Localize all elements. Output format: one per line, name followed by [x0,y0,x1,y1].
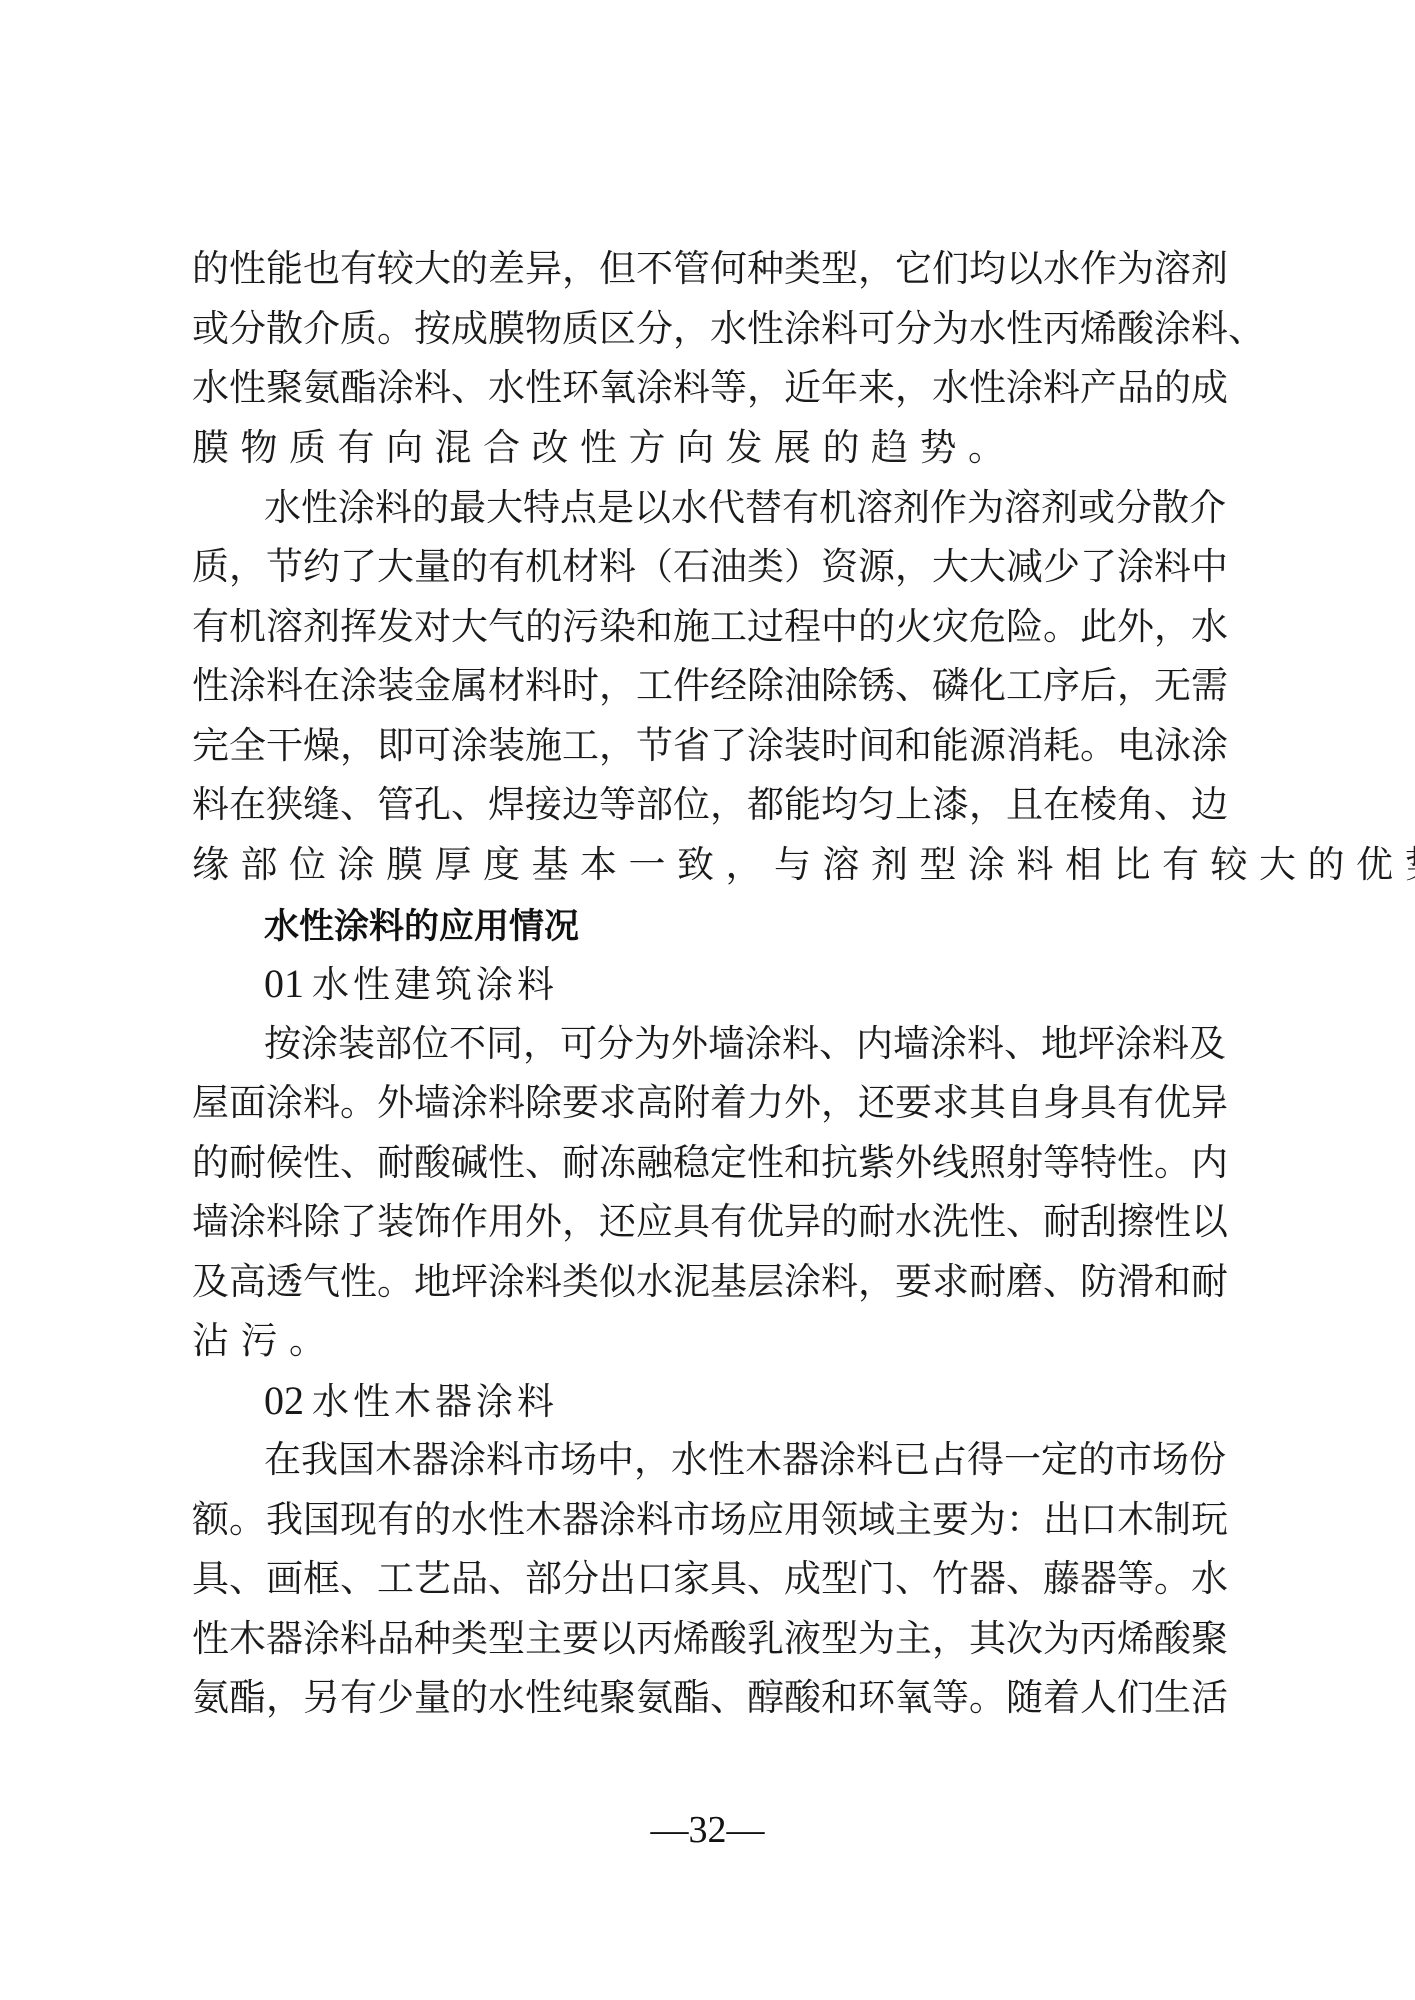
subsection-02-number: 02 [264,1378,304,1423]
section-heading: 水性涂料的应用情况 [264,903,1172,951]
subsection-02-line-5: 氨酯，另有少量的水性纯聚氨酯、醇酸和环氧等。随着人们生活 [192,1674,1172,1722]
document-page: 的性能也有较大的差异，但不管何种类型，它们均以水作为溶剂 或分散介质。按成膜物质… [0,0,1415,2000]
subsection-02-line-1: 在我国木器涂料市场中，水性木器涂料已占得一定的市场份 [264,1436,1172,1484]
paragraph-2-line-7: 缘部位涂膜厚度基本一致，与溶剂型涂料相比有较大的优势。 [192,841,1172,889]
subsection-01-line-4: 墙涂料除了装饰作用外，还应具有优异的耐水洗性、耐刮擦性以 [192,1198,1172,1246]
paragraph-2-line-2: 质，节约了大量的有机材料（石油类）资源，大大减少了涂料中 [192,543,1172,591]
subsection-01-title: 水性建筑涂料 [312,963,558,1006]
subsection-01-line-1: 按涂装部位不同，可分为外墙涂料、内墙涂料、地坪涂料及 [264,1020,1172,1068]
paragraph-2-line-5: 完全干燥，即可涂装施工，节省了涂装时间和能源消耗。电泳涂 [192,722,1172,770]
page-number: —32— [0,1808,1415,1852]
subsection-02-line-3: 具、画框、工艺品、部分出口家具、成型门、竹器、藤器等。水 [192,1555,1172,1603]
subsection-02-heading: 02水性木器涂料 [264,1377,1172,1425]
subsection-02-line-4: 性木器涂料品种类型主要以丙烯酸乳液型为主，其次为丙烯酸聚 [192,1615,1172,1663]
paragraph-2-line-3: 有机溶剂挥发对大气的污染和施工过程中的火灾危险。此外，水 [192,603,1172,651]
subsection-02-line-2: 额。我国现有的水性木器涂料市场应用领域主要为：出口木制玩 [192,1496,1172,1544]
paragraph-2-line-6: 料在狭缝、管孔、焊接边等部位，都能均匀上漆，且在棱角、边 [192,781,1172,829]
subsection-01-line-5: 及高透气性。地坪涂料类似水泥基层涂料，要求耐磨、防滑和耐 [192,1258,1172,1306]
subsection-01-line-3: 的耐候性、耐酸碱性、耐冻融稳定性和抗紫外线照射等特性。内 [192,1139,1172,1187]
subsection-01-line-6: 沾污。 [192,1317,1172,1365]
paragraph-1-line-4: 膜物质有向混合改性方向发展的趋势。 [192,424,1172,472]
subsection-01-line-2: 屋面涂料。外墙涂料除要求高附着力外，还要求其自身具有优异 [192,1079,1172,1127]
paragraph-1-line-3: 水性聚氨酯涂料、水性环氧涂料等，近年来，水性涂料产品的成 [192,364,1172,412]
paragraph-1-line-2: 或分散介质。按成膜物质区分，水性涂料可分为水性丙烯酸涂料、 [192,305,1172,353]
subsection-01-number: 01 [264,961,304,1006]
subsection-01-heading: 01水性建筑涂料 [264,960,1172,1008]
paragraph-2-line-4: 性涂料在涂装金属材料时，工件经除油除锈、磷化工序后，无需 [192,662,1172,710]
paragraph-2-line-1: 水性涂料的最大特点是以水代替有机溶剂作为溶剂或分散介 [264,484,1172,532]
paragraph-1-line-1: 的性能也有较大的差异，但不管何种类型，它们均以水作为溶剂 [192,245,1172,293]
subsection-02-title: 水性木器涂料 [312,1380,558,1423]
